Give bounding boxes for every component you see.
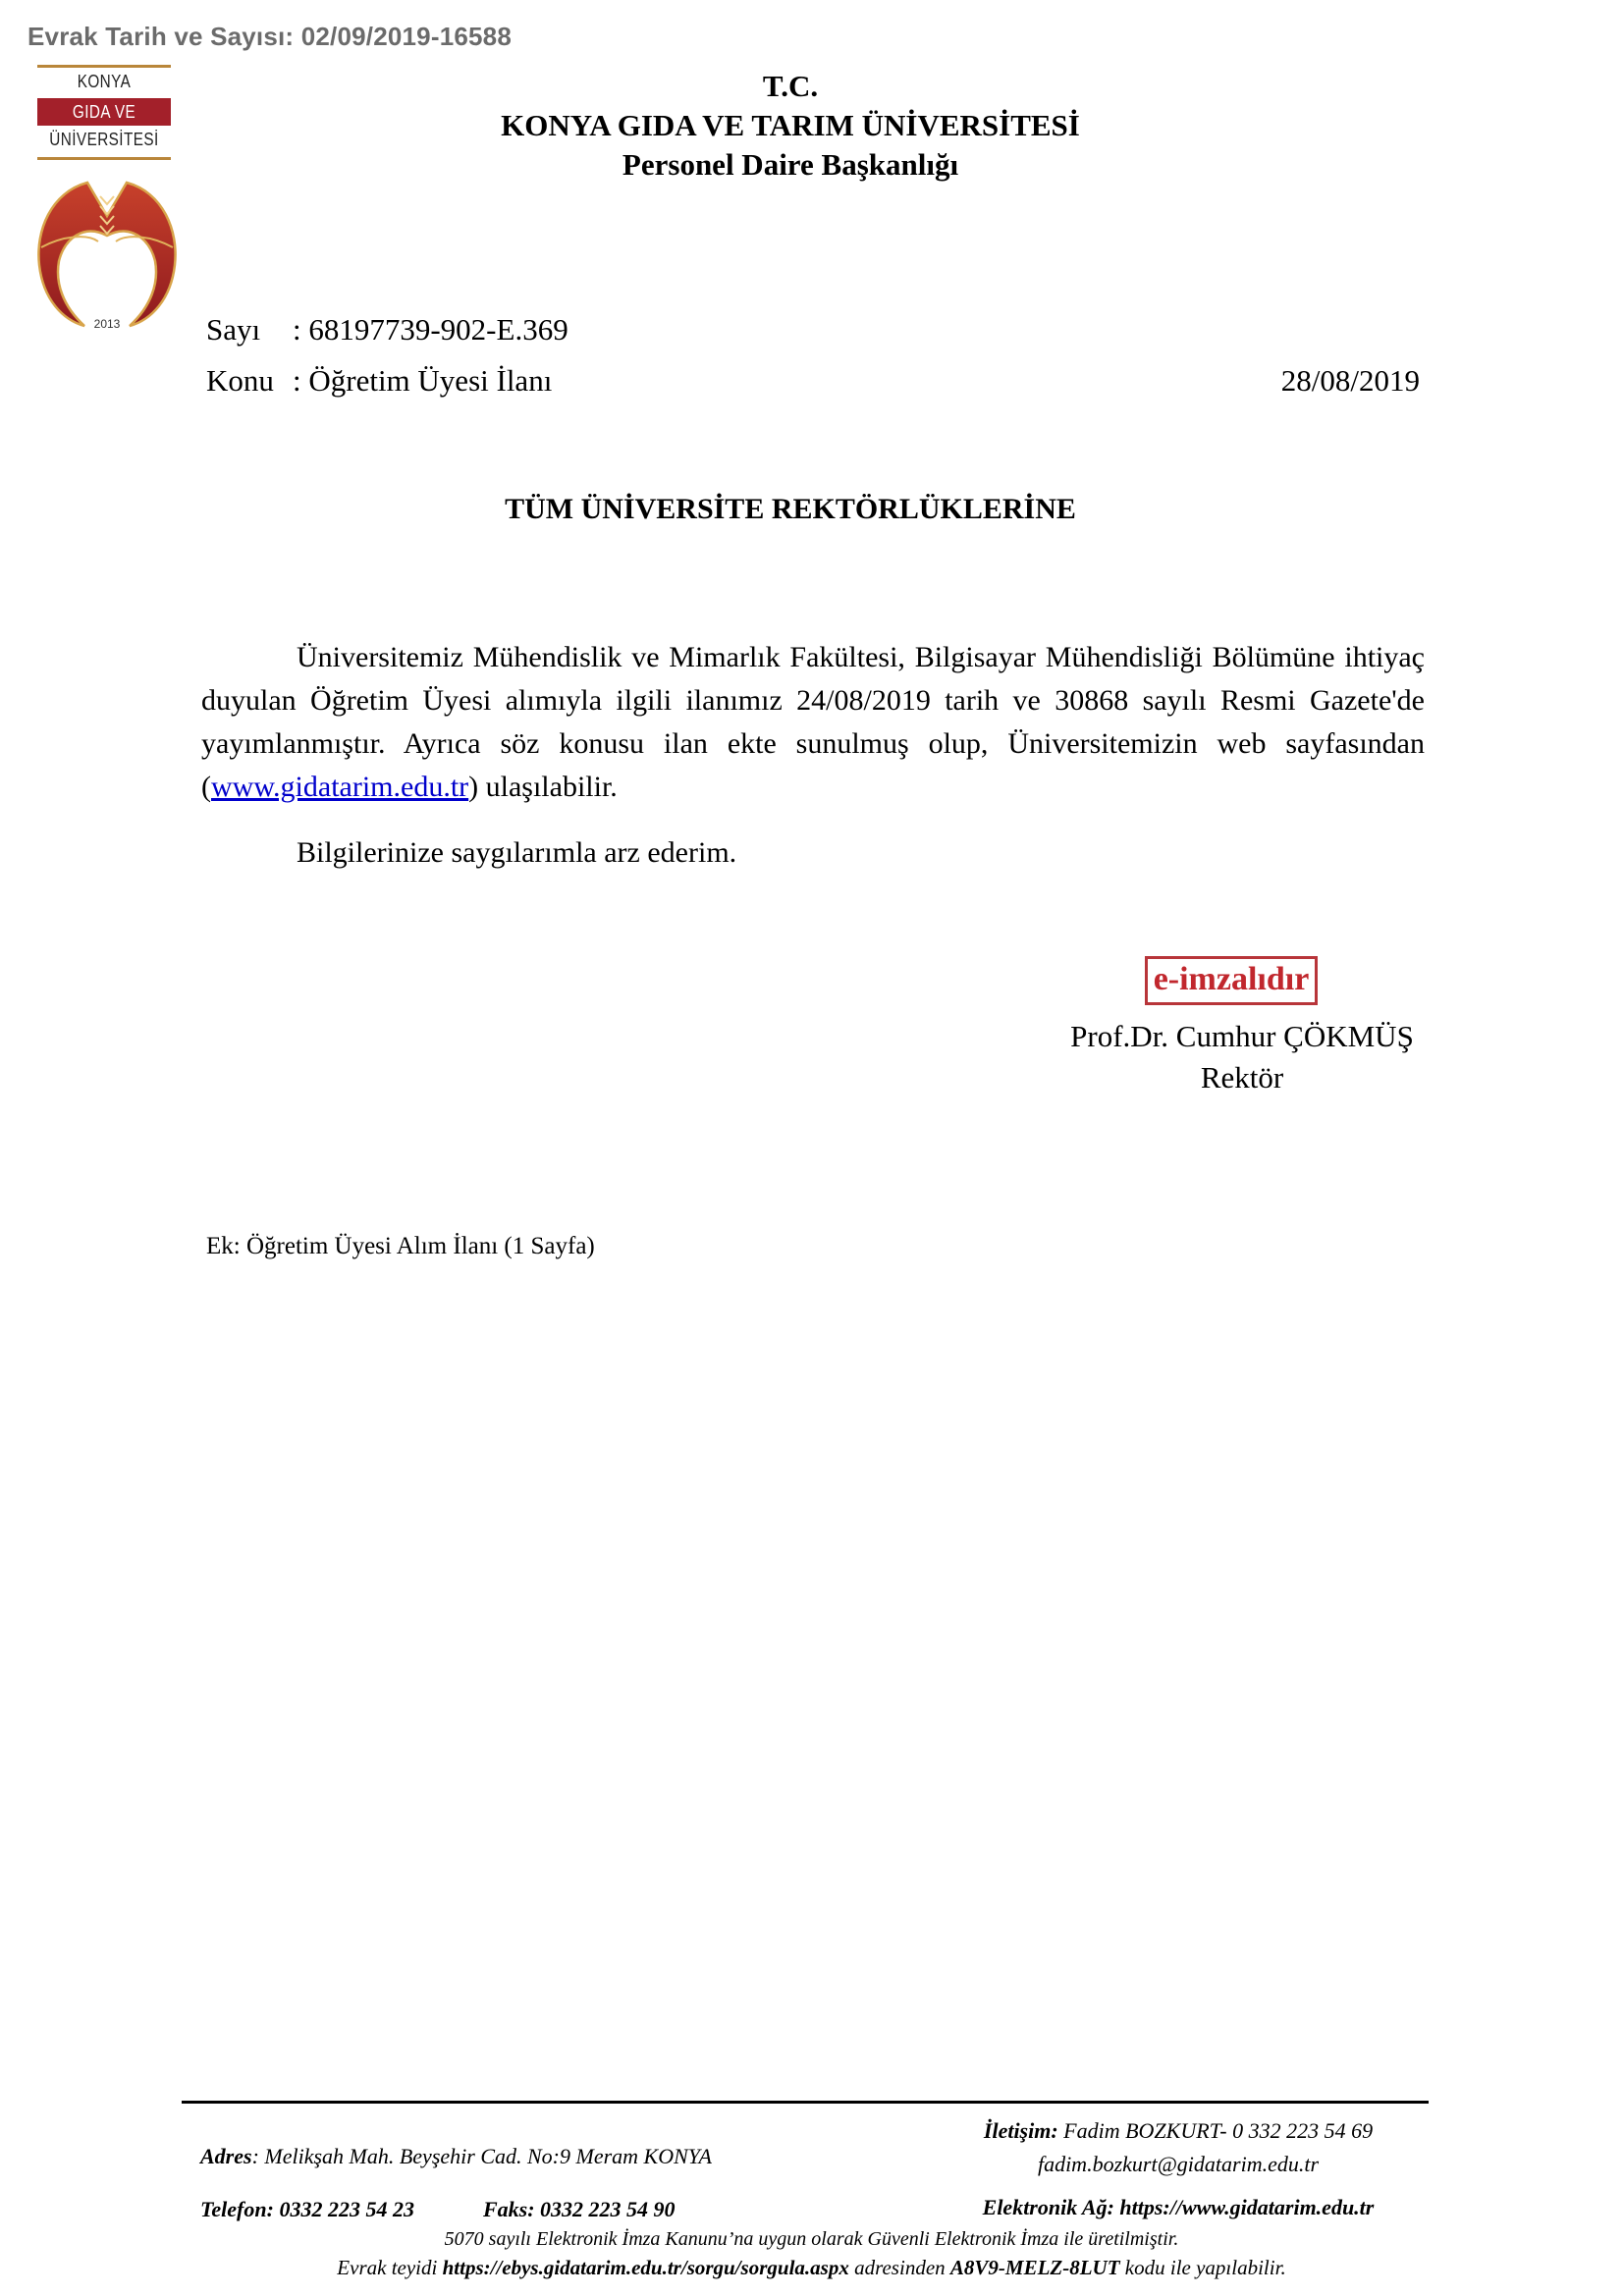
footer-phone: Telefon: 0332 223 54 23: [200, 2197, 414, 2222]
number-label: Sayı: [206, 312, 293, 347]
attachment-note: Ek: Öğretim Üyesi Alım İlanı (1 Sayfa): [206, 1233, 595, 1260]
signer-title: Rektör: [1021, 1060, 1463, 1095]
footer-address: Adres: Melikşah Mah. Beyşehir Cad. No:9 …: [200, 2144, 712, 2169]
verify-prefix: Evrak teyidi: [337, 2256, 442, 2279]
footer-contact: İletişim: Fadim BOZKURT- 0 332 223 54 69: [923, 2118, 1434, 2144]
document-reference: Evrak Tarih ve Sayısı: 02/09/2019-16588: [27, 22, 512, 52]
closing-sentence: Bilgilerinize saygılarımla arz ederim.: [297, 836, 736, 870]
header-university: KONYA GIDA VE TARIM ÜNİVERSİTESİ: [0, 108, 1581, 143]
signer-name: Prof.Dr. Cumhur ÇÖKMÜŞ: [1021, 1019, 1463, 1054]
verification-code: A8V9-MELZ-8LUT: [950, 2256, 1120, 2279]
verification-url: https://ebys.gidatarim.edu.tr/sorgu/sorg…: [443, 2256, 849, 2279]
addressee: TÜM ÜNİVERSİTE REKTÖRLÜKLERİNE: [0, 493, 1581, 526]
footer-divider: [182, 2101, 1429, 2104]
header-tc: T.C.: [0, 69, 1581, 104]
footer-website: Elektronik Ağ: https://www.gidatarim.edu…: [923, 2195, 1434, 2220]
footer-verification: Evrak teyidi https://ebys.gidatarim.edu.…: [0, 2256, 1623, 2280]
address-value: : Melikşah Mah. Beyşehir Cad. No:9 Meram…: [252, 2144, 712, 2168]
subject-label: Konu: [206, 363, 293, 399]
university-logo: KONYA GIDA VE TARIM ÜNİVERSİTESİ 2013: [33, 65, 171, 335]
university-website-link[interactable]: www.gidatarim.edu.tr: [211, 771, 468, 803]
university-emblem-icon: 2013: [33, 177, 181, 334]
body-paragraph: Üniversitemiz Mühendislik ve Mimarlık Fa…: [201, 636, 1425, 809]
document-number: Sayı: 68197739-902-E.369: [206, 312, 568, 347]
e-signature-stamp: e-imzalıdır: [1145, 956, 1318, 1005]
footer-email: fadim.bozkurt@gidatarim.edu.tr: [923, 2152, 1434, 2177]
footer-fax: Faks: 0332 223 54 90: [483, 2197, 676, 2222]
verify-middle: adresinden: [849, 2256, 950, 2279]
footer-law-notice: 5070 sayılı Elektronik İmza Kanunu’na uy…: [0, 2228, 1623, 2251]
number-value: : 68197739-902-E.369: [293, 312, 568, 347]
document-subject: Konu: Öğretim Üyesi İlanı: [206, 363, 552, 399]
address-label: Adres: [200, 2144, 252, 2168]
contact-label: İletişim:: [984, 2118, 1058, 2143]
header-department: Personel Daire Başkanlığı: [0, 147, 1581, 183]
logo-rule-top: [37, 65, 171, 68]
verify-suffix: kodu ile yapılabilir.: [1120, 2256, 1286, 2279]
e-signature-label: e-imzalıdır: [1154, 961, 1310, 997]
contact-value: Fadim BOZKURT- 0 332 223 54 69: [1058, 2118, 1373, 2143]
subject-value: : Öğretim Üyesi İlanı: [293, 363, 552, 398]
svg-text:2013: 2013: [94, 317, 121, 331]
paragraph-text-end: ) ulaşılabilir.: [468, 771, 618, 803]
document-date: 28/08/2019: [1281, 363, 1420, 399]
